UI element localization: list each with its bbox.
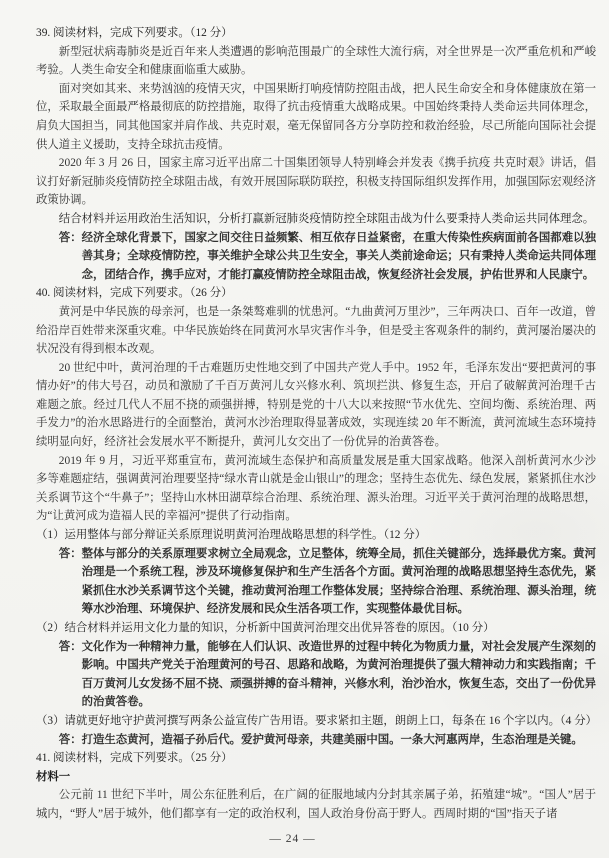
question-39-task: 结合材料并运用政治生活知识，分析打赢新冠肺炎疫情防控全球阻击战为什么要秉持人类命… [36,210,596,229]
question-40-answer-3: 答： 打造生态黄河，造福子孙后代。爱护黄河母亲，共建美丽中国。一条大河惠两岸，生… [36,731,596,750]
question-40-sub-question-3: （3）请就更好地守护黄河撰写两条公益宣传广告用语。要求紧扣主题，朗朗上口，每条在… [36,712,596,731]
answer-text: 整体与部分的关系原理要求树立全局观念，立足整体，统筹全局，抓住关键部分，选择最优… [82,545,596,619]
answer-label: 答： [36,638,82,712]
page-number: — 24 — [0,830,585,849]
question-40-answer-2: 答： 文化作为一种精神力量，能够在人们认识、改造世界的过程中转化为物质力量，对社… [36,638,596,712]
question-39-material-paragraph-3: 2020 年 3 月 26 日，国家主席习近平出席二十国集团领导人特别峰会并发表… [36,154,596,210]
question-39-material-paragraph-2: 面对突如其来、来势汹汹的疫情天灾，中国果断打响疫情防控阻击战，把人民生命安全和身… [36,80,596,154]
question-40-sub-question-2: （2）结合材料并运用文化力量的知识，分析新中国黄河治理交出优异答卷的原因。（10… [36,619,596,638]
answer-label: 答： [36,545,82,619]
question-41-material-paragraph-1: 公元前 11 世纪下半叶，周公东征胜利后，在广阔的征服地域内分封其亲属子弟，拓殖… [36,786,596,823]
question-40-answer-1: 答： 整体与部分的关系原理要求树立全局观念，立足整体，统筹全局，抓住关键部分，选… [36,545,596,619]
question-40-material-paragraph-3: 2019 年 9 月，习近平郑重宣布，黄河流域生态保护和高质量发展是重大国家战略… [36,452,596,526]
exam-page: 39. 阅读材料，完成下列要求。（12 分） 新型冠状病毒肺炎是近百年来人类遭遇… [0,0,609,858]
question-40-material-paragraph-2: 20 世纪中叶，黄河治理的千古难题历史性地交到了中国共产党人手中。1952 年，… [36,359,596,452]
question-40-sub-question-1: （1）运用整体与部分辩证关系原理说明黄河治理战略思想的科学性。（12 分） [36,526,596,545]
question-40-header: 40. 阅读材料，完成下列要求。（26 分） [36,284,596,303]
question-41-material-one-label: 材料一 [36,768,596,787]
answer-label: 答： [36,731,82,750]
question-40-material-paragraph-1: 黄河是中华民族的母亲河，也是一条桀骜难驯的忧患河。“九曲黄河万里沙”，三年两决口… [36,303,596,359]
question-39-material-paragraph-1: 新型冠状病毒肺炎是近百年来人类遭遇的影响范围最广的全球性大流行病，对全世界是一次… [36,43,596,80]
question-39: 39. 阅读材料，完成下列要求。（12 分） 新型冠状病毒肺炎是近百年来人类遭遇… [36,24,596,284]
question-40: 40. 阅读材料，完成下列要求。（26 分） 黄河是中华民族的母亲河，也是一条桀… [36,284,596,749]
question-39-header: 39. 阅读材料，完成下列要求。（12 分） [36,24,596,43]
answer-text: 经济全球化背景下，国家之间交往日益频繁、相互依存日益紧密，在重大传染性疾病面前各… [82,229,596,285]
question-39-answer: 答： 经济全球化背景下，国家之间交往日益频繁、相互依存日益紧密，在重大传染性疾病… [36,229,596,285]
question-41: 41. 阅读材料，完成下列要求。（25 分） 材料一 公元前 11 世纪下半叶，… [36,749,596,823]
answer-label: 答： [36,229,82,285]
question-41-header: 41. 阅读材料，完成下列要求。（25 分） [36,749,596,768]
answer-text: 打造生态黄河，造福子孙后代。爱护黄河母亲，共建美丽中国。一条大河惠两岸，生态治理… [82,731,596,750]
answer-text: 文化作为一种精神力量，能够在人们认识、改造世界的过程中转化为物质力量，对社会发展… [82,638,596,712]
